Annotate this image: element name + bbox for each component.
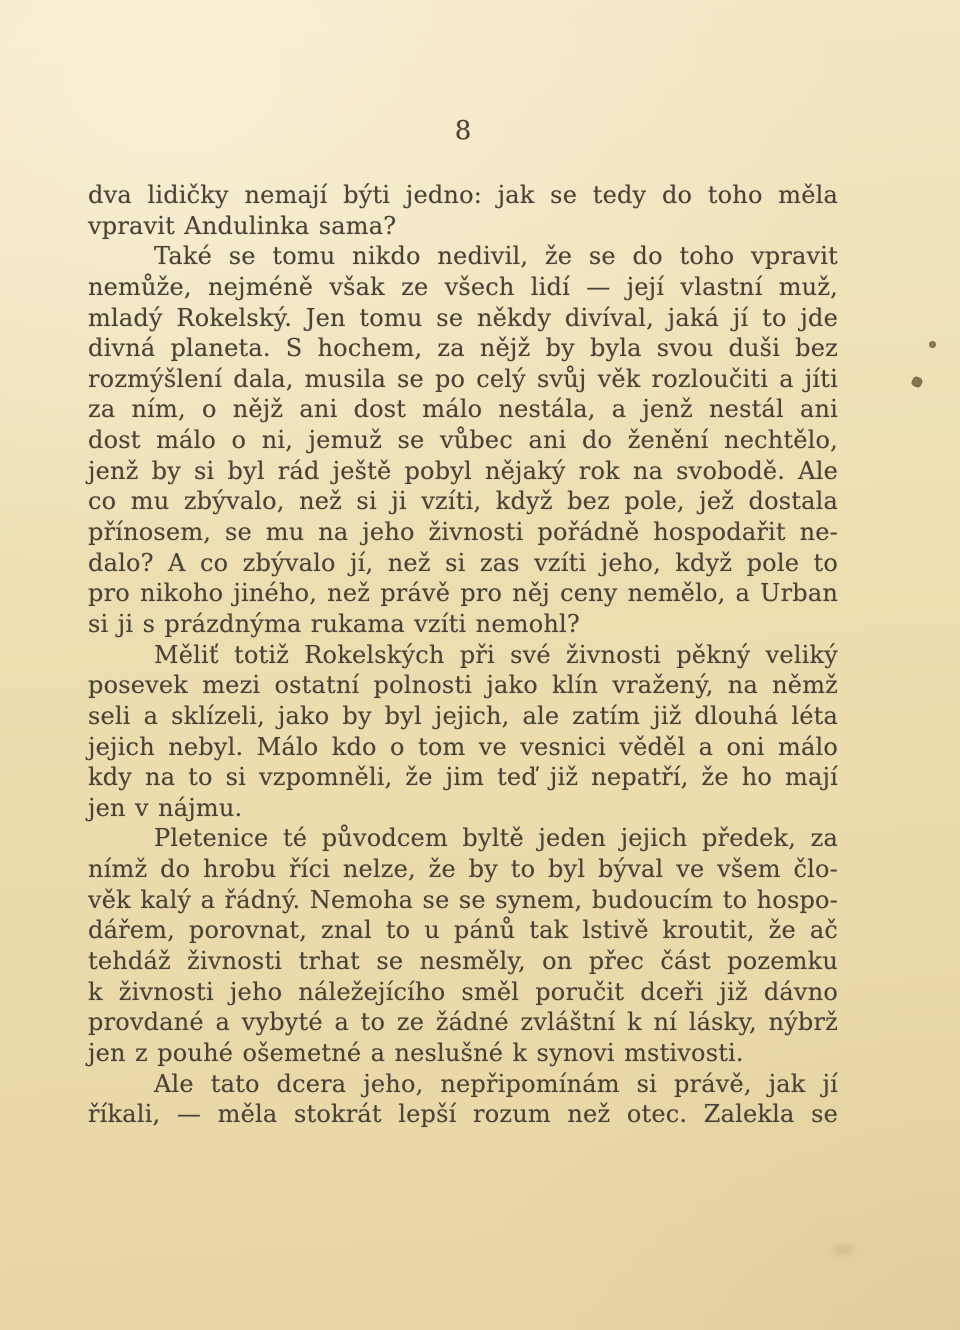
text-line: vpravit Andulinka sama?: [88, 211, 838, 242]
text-line: dalo? A co zbývalo jí, než si zas vzíti …: [88, 548, 838, 579]
text-line: tehdáž živnosti trhat se nesměly, on pře…: [88, 946, 838, 977]
text-line: nemůže, nejméně však ze všech lidí — jej…: [88, 272, 838, 303]
text-line: Ale tato dcera jeho, nepřipomínám si prá…: [88, 1069, 838, 1100]
text-line: si ji s prázdnýma rukama vzíti nemohl?: [88, 609, 838, 640]
text-line: přínosem, se mu na jeho živnosti pořádně…: [88, 517, 838, 548]
text-line: dost málo o ni, jemuž se vůbec ani do že…: [88, 425, 838, 456]
text-line: nímž do hrobu říci nelze, že by to byl b…: [88, 854, 838, 885]
text-line: věk kalý a řádný. Nemoha se se synem, bu…: [88, 885, 838, 916]
text-line: Pletenice té původcem byltě jeden jejich…: [88, 823, 838, 854]
text-line: Také se tomu nikdo nedivil, že se do toh…: [88, 241, 838, 272]
page-number: 8: [88, 118, 838, 144]
page-text: dva lidičky nemají býti jedno: jak se te…: [88, 180, 838, 1130]
paper-smudge: [828, 1242, 858, 1258]
text-line: říkali, — měla stokrát lepší rozum než o…: [88, 1099, 838, 1130]
text-line: mladý Rokelský. Jen tomu se někdy divíva…: [88, 303, 838, 334]
text-line: dářem, porovnat, znal to u pánů tak lsti…: [88, 915, 838, 946]
text-line: rozmýšlení dala, musila se po celý svůj …: [88, 364, 838, 395]
text-line: pro nikoho jiného, než právě pro něj cen…: [88, 578, 838, 609]
text-line: Měliť totiž Rokelských při své živnosti …: [88, 640, 838, 671]
ink-speck: [910, 375, 923, 388]
text-line: provdané a vybyté a to ze žádné zvláštní…: [88, 1007, 838, 1038]
text-line: posevek mezi ostatní polnosti jako klín …: [88, 670, 838, 701]
text-line: kdy na to si vzpomněli, že jim teď již n…: [88, 762, 838, 793]
text-line: jenž by si byl rád ještě pobyl nějaký ro…: [88, 456, 838, 487]
text-line: k živnosti jeho náležejícího směl poruči…: [88, 977, 838, 1008]
text-line: jen v nájmu.: [88, 793, 838, 824]
scanned-book-page: { "page_number": "8", "colors": { "paper…: [0, 0, 960, 1330]
text-line: seli a sklízeli, jako by byl jejich, ale…: [88, 701, 838, 732]
ink-speck: [929, 341, 936, 348]
text-line: dva lidičky nemají býti jedno: jak se te…: [88, 180, 838, 211]
text-line: co mu zbývalo, než si ji vzíti, když bez…: [88, 486, 838, 517]
text-line: jejich nebyl. Málo kdo o tom ve vesnici …: [88, 732, 838, 763]
text-line: jen z pouhé ošemetné a neslušné k synovi…: [88, 1038, 838, 1069]
text-line: za ním, o nějž ani dost málo nestála, a …: [88, 394, 838, 425]
text-line: divná planeta. S hochem, za nějž by byla…: [88, 333, 838, 364]
